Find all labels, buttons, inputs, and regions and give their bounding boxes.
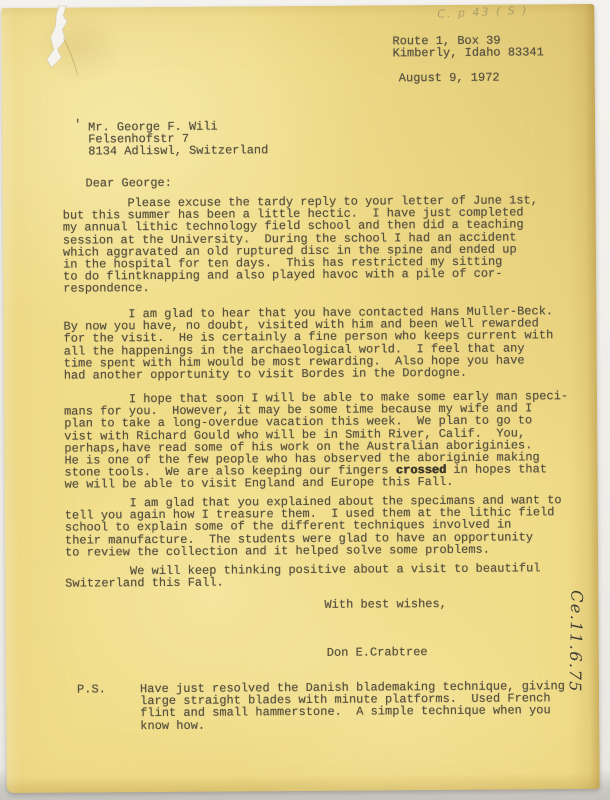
catalog-number: Ce.11.6.75 [564,590,586,750]
paragraph-5: We will keep thinking positive about a v… [65,562,540,590]
paragraph-4: I am glad that you explained about the s… [65,494,562,558]
scanned-letter-frame: C. p 43 ( S ) Route 1, Box 39 Kimberly, … [0,0,610,800]
postscript-text: Have just resolved the Danish blademakin… [140,680,565,732]
recipient-address: Mr. George F. Wili Felsenhofstr 7 8134 A… [88,120,268,158]
paragraph-3: I hope that soon I will be able to make … [64,390,569,491]
closing: With best wishes, [324,598,447,611]
postscript-label: P.S. [77,683,106,695]
paragraph-2: I am glad to hear that you have contacte… [63,305,553,382]
paper-sheet: C. p 43 ( S ) Route 1, Box 39 Kimberly, … [1,4,599,793]
date-line: August 9, 1972 [399,72,500,85]
salutation: Dear George: [85,177,172,190]
signature-name: Don E.Crabtree [327,646,428,659]
pencil-note: C. p 43 ( S ) [437,4,529,21]
return-address: Route 1, Box 39 Kimberly, Idaho 83341 [392,34,543,59]
paper-tear-icon [41,5,86,79]
paragraph-1: Please excuse the tardy reply to your le… [63,194,539,295]
stray-typed-mark: ' [74,119,81,131]
